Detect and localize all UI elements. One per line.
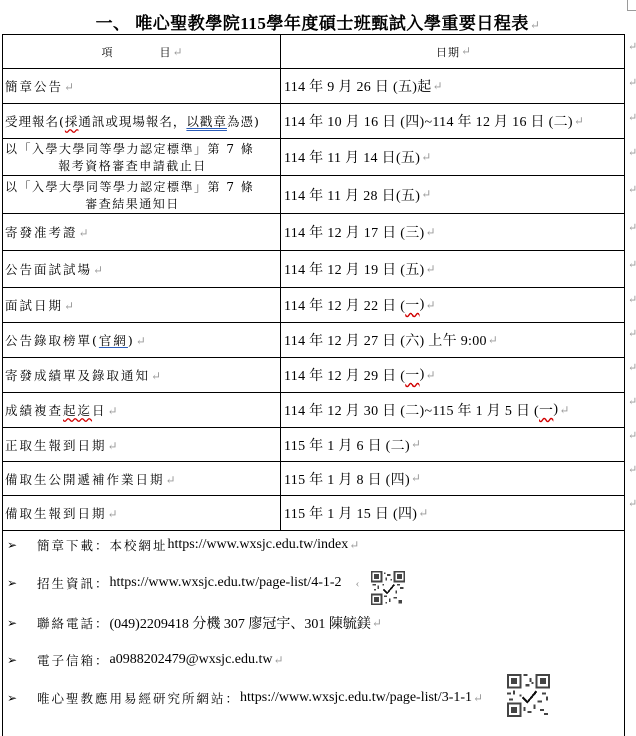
- email-link[interactable]: a0988202479@wxsjc.edu.tw: [110, 652, 273, 668]
- page-title: 一、 唯心聖教學院115學年度碩士班甄試入學重要日程表↵: [0, 9, 636, 34]
- arrow-bullet-icon: ➢: [3, 691, 37, 705]
- end-of-row-mark: ↵: [628, 293, 636, 306]
- table-row: 公告錄取榜單(官網)↵ 114 年 12 月 27 日 (六) 上午 9:00↵: [3, 323, 624, 358]
- phone-value: (049)2209418 分機 307 廖冠宇、301 陳毓鎂: [110, 613, 371, 633]
- row-date: 115 年 1 月 15 日 (四)↵: [281, 496, 624, 530]
- row-date: 114 年 11 月 14 日(五)↵: [281, 139, 624, 175]
- header-item: 項目↵: [3, 35, 281, 68]
- row-item: 成績複查起迄日↵: [3, 393, 281, 427]
- row-date: 114 年 12 月 30 日 (二)~115 年 1 月 5 日 (一)↵: [281, 393, 624, 427]
- info-brochure-download: ➢ 簡章下載：本校網址 https://www.wxsjc.edu.tw/ind…: [3, 536, 359, 554]
- row-date: 114 年 12 月 19 日 (五)↵: [281, 251, 624, 287]
- table-row: 簡章公告↵ 114 年 9 月 26 日 (五)起↵: [3, 69, 624, 104]
- info-email: ➢ 電子信箱： a0988202479@wxsjc.edu.tw ↵: [3, 651, 284, 669]
- qr-code-recruitment-icon: [371, 571, 405, 605]
- info-institute-site: ➢ 唯心聖教應用易經研究所網站： https://www.wxsjc.edu.t…: [3, 689, 483, 707]
- row-item: 簡章公告↵: [3, 69, 281, 103]
- end-of-row-mark: ↵: [628, 463, 636, 476]
- end-of-row-mark: ↵: [628, 497, 636, 510]
- schedule-table: 項目↵ 日期↵ 簡章公告↵ 114 年 9 月 26 日 (五)起↵ 受理報名(…: [2, 34, 625, 736]
- recruitment-link[interactable]: https://www.wxsjc.edu.tw/page-list/4-1-2: [110, 575, 342, 591]
- arrow-bullet-icon: ➢: [3, 576, 37, 590]
- institute-link[interactable]: https://www.wxsjc.edu.tw/page-list/3-1-1: [240, 690, 472, 706]
- end-of-row-mark: ↵: [628, 361, 636, 374]
- end-of-row-mark: ↵: [628, 40, 636, 53]
- end-of-row-mark: ↵: [628, 183, 636, 196]
- arrow-bullet-icon: ➢: [3, 653, 37, 667]
- end-of-row-mark: ↵: [628, 76, 636, 89]
- row-item: 公告錄取榜單(官網)↵: [3, 323, 281, 357]
- end-of-row-mark: ↵: [628, 146, 636, 159]
- table-row: 受理報名(採通訊或現場報名，以戳章為憑) 114 年 10 月 16 日 (四)…: [3, 104, 624, 139]
- table-row: 備取生公開遞補作業日期↵ 115 年 1 月 8 日 (四)↵: [3, 462, 624, 496]
- end-of-row-mark: ↵: [628, 258, 636, 271]
- row-date: 114 年 12 月 29 日 (一)↵: [281, 358, 624, 392]
- row-item: 以「入學大學同等學力認定標準」第 7 條審查結果通知日: [3, 176, 281, 213]
- row-item: 寄發成績單及錄取通知↵: [3, 358, 281, 392]
- header-date: 日期↵: [281, 35, 624, 68]
- row-item: 寄發准考證↵: [3, 214, 281, 250]
- row-date: 115 年 1 月 8 日 (四)↵: [281, 462, 624, 495]
- row-date: 115 年 1 月 6 日 (二)↵: [281, 428, 624, 461]
- info-recruitment: ➢ 招生資訊： https://www.wxsjc.edu.tw/page-li…: [3, 574, 360, 592]
- row-date: 114 年 12 月 17 日 (三)↵: [281, 214, 624, 250]
- contact-info-section: ➢ 簡章下載：本校網址 https://www.wxsjc.edu.tw/ind…: [3, 531, 624, 736]
- row-item: 備取生公開遞補作業日期↵: [3, 462, 281, 495]
- row-date: 114 年 10 月 16 日 (四)~114 年 12 月 16 日 (二)↵: [281, 104, 624, 138]
- table-row: 正取生報到日期↵ 115 年 1 月 6 日 (二)↵: [3, 428, 624, 462]
- table-row: 面試日期↵ 114 年 12 月 22 日 (一)↵: [3, 288, 624, 323]
- arrow-bullet-icon: ➢: [3, 616, 37, 630]
- row-item: 備取生報到日期↵: [3, 496, 281, 530]
- table-row: 寄發成績單及錄取通知↵ 114 年 12 月 29 日 (一)↵: [3, 358, 624, 393]
- table-row: 備取生報到日期↵ 115 年 1 月 15 日 (四)↵: [3, 496, 624, 531]
- end-of-row-mark: ↵: [628, 221, 636, 234]
- end-of-row-mark: ↵: [628, 111, 636, 124]
- row-date: 114 年 9 月 26 日 (五)起↵: [281, 69, 624, 103]
- end-of-row-mark: ↵: [628, 327, 636, 340]
- table-row: 以「入學大學同等學力認定標準」第 7 條審查結果通知日 114 年 11 月 2…: [3, 176, 624, 214]
- row-item: 面試日期↵: [3, 288, 281, 322]
- table-row: 寄發准考證↵ 114 年 12 月 17 日 (三)↵: [3, 214, 624, 251]
- end-of-row-mark: ↵: [628, 395, 636, 408]
- row-item: 公告面試試場↵: [3, 251, 281, 287]
- row-item: 受理報名(採通訊或現場報名，以戳章為憑): [3, 104, 281, 138]
- qr-code-institute-icon: [507, 674, 550, 717]
- table-row: 以「入學大學同等學力認定標準」第 7 條報考資格審查申請截止日 114 年 11…: [3, 139, 624, 176]
- row-date: 114 年 11 月 28 日(五)↵: [281, 176, 624, 213]
- arrow-bullet-icon: ➢: [3, 538, 37, 552]
- info-phone: ➢ 聯絡電話： (049)2209418 分機 307 廖冠宇、301 陳毓鎂 …: [3, 613, 382, 633]
- row-date: 114 年 12 月 27 日 (六) 上午 9:00↵: [281, 323, 624, 357]
- brochure-link[interactable]: https://www.wxsjc.edu.tw/index: [168, 537, 349, 553]
- table-row: 成績複查起迄日↵ 114 年 12 月 30 日 (二)~115 年 1 月 5…: [3, 393, 624, 428]
- row-item: 以「入學大學同等學力認定標準」第 7 條報考資格審查申請截止日: [3, 139, 281, 175]
- table-header-row: 項目↵ 日期↵: [3, 35, 624, 69]
- row-item: 正取生報到日期↵: [3, 428, 281, 461]
- table-row: 公告面試試場↵ 114 年 12 月 19 日 (五)↵: [3, 251, 624, 288]
- end-of-row-mark: ↵: [628, 429, 636, 442]
- row-date: 114 年 12 月 22 日 (一)↵: [281, 288, 624, 322]
